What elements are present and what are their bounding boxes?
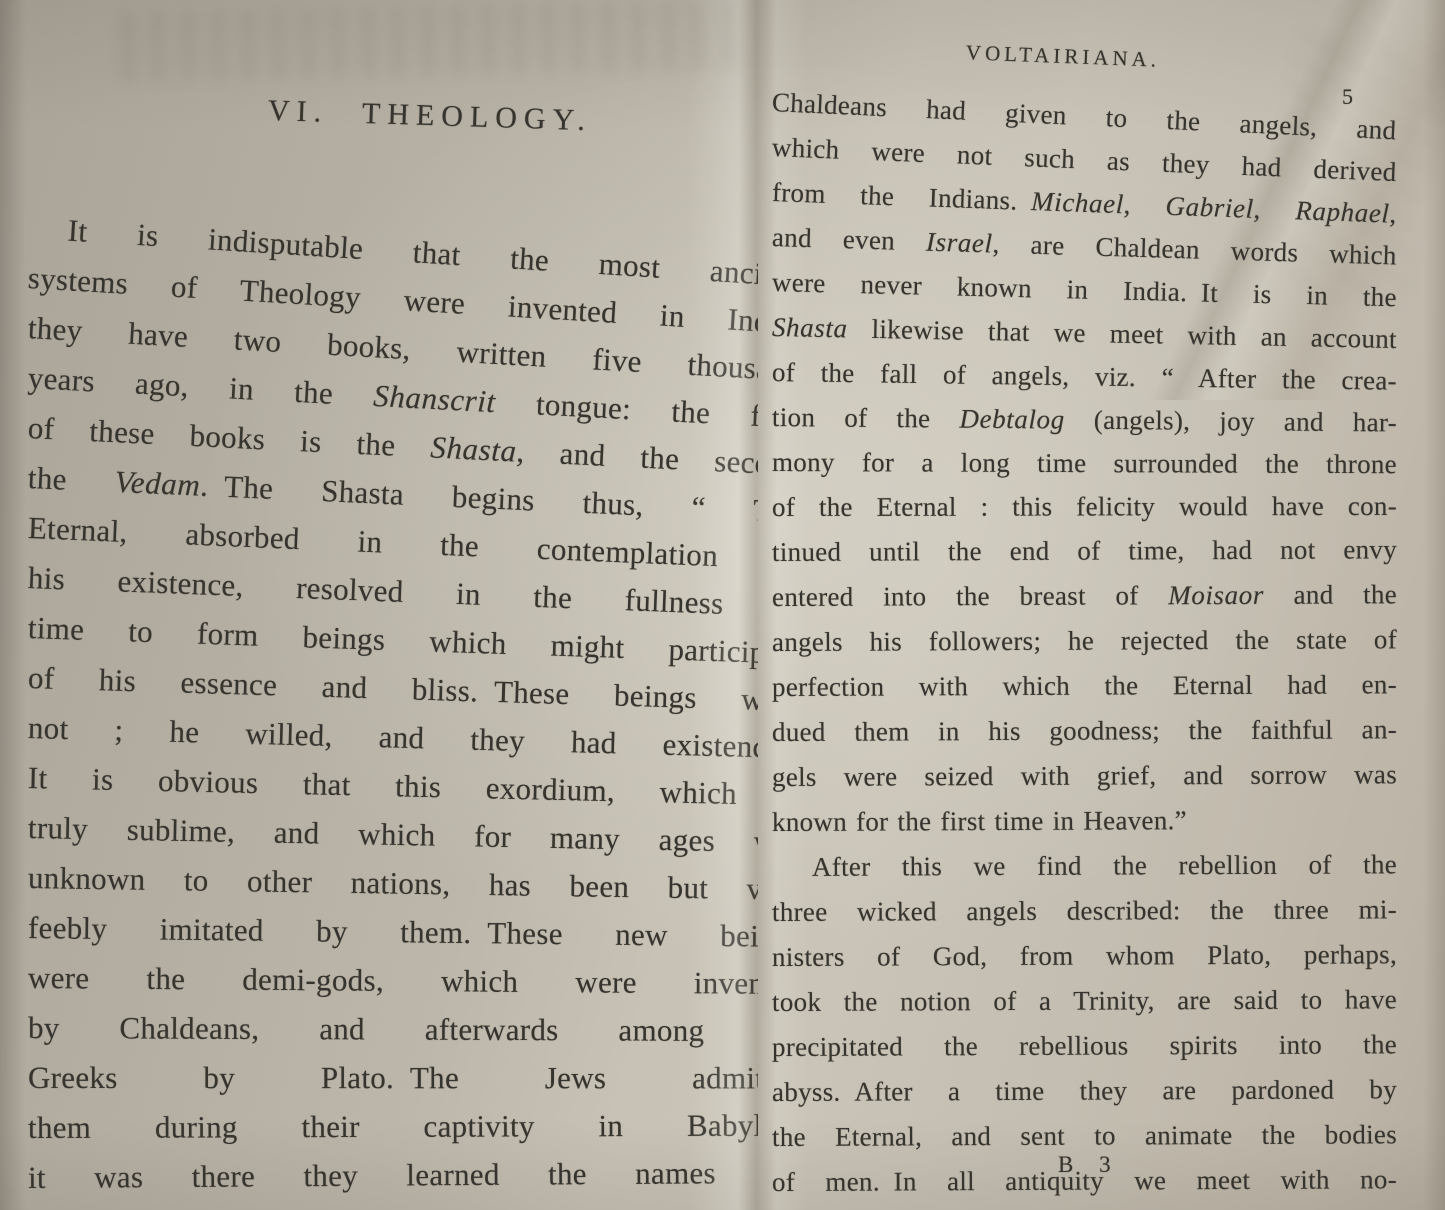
text-line: by Chaldeans, and afterwards among the [28, 1003, 758, 1056]
text-line: were the demi-gods, which were invented [28, 953, 758, 1009]
chapter-heading: VI. THEOLOGY. [267, 94, 592, 138]
right-page: VOLTAIRIANA. 5 Chaldeans had given to th… [758, 0, 1445, 1210]
text-line: of the Eternal : this felicity would hav… [772, 484, 1397, 530]
running-header: VOLTAIRIANA. [758, 32, 1368, 80]
text-line: tinued until the end of time, had not en… [772, 527, 1397, 575]
left-edge-shadow [0, 0, 26, 1210]
text-line: dued them in his goodness; the faithful … [772, 707, 1397, 755]
text-line: precipitated the rebellious spirits into… [772, 1022, 1397, 1070]
text-line: After this we find the rebellion of the [772, 842, 1397, 890]
text-line: mony for a long time surrounded the thro… [772, 440, 1397, 487]
text-line: known for the first time in Heaven.” [772, 797, 1397, 845]
text-line: entered into the breast of Moisaor and t… [772, 572, 1397, 620]
text-line: abyss. After a time they are pardoned by [772, 1067, 1397, 1115]
left-page-text-block: It is indisputable that the most ancient… [28, 203, 758, 1203]
text-line: three wicked angels described: the three… [772, 887, 1397, 935]
signature-mark: B 3 [1058, 1152, 1121, 1178]
text-line: Greeks by Plato. The Jews admitted [28, 1053, 758, 1103]
text-line: tion of the Debtalog (angels), joy and h… [772, 395, 1397, 445]
book-scan: VI. THEOLOGY. It is indisputable that th… [0, 0, 1445, 1210]
text-line: angels his followers; he rejected the st… [772, 617, 1397, 665]
text-line: gels were seized with grief, and sorrow … [772, 752, 1397, 800]
text-line: it was there they learned the names the [28, 1148, 758, 1203]
right-page-text-block: Chaldeans had given to the angels, andwh… [772, 80, 1397, 1205]
text-line: perfection with which the Eternal had en… [772, 662, 1397, 710]
text-line: them during their captivity in Babylon; [28, 1101, 758, 1153]
text-line: took the notion of a Trinity, are said t… [772, 977, 1397, 1025]
text-line: nisters of God, from whom Plato, perhaps… [772, 932, 1397, 980]
right-edge-shadow [1423, 0, 1445, 1210]
left-page: VI. THEOLOGY. It is indisputable that th… [0, 0, 758, 1210]
